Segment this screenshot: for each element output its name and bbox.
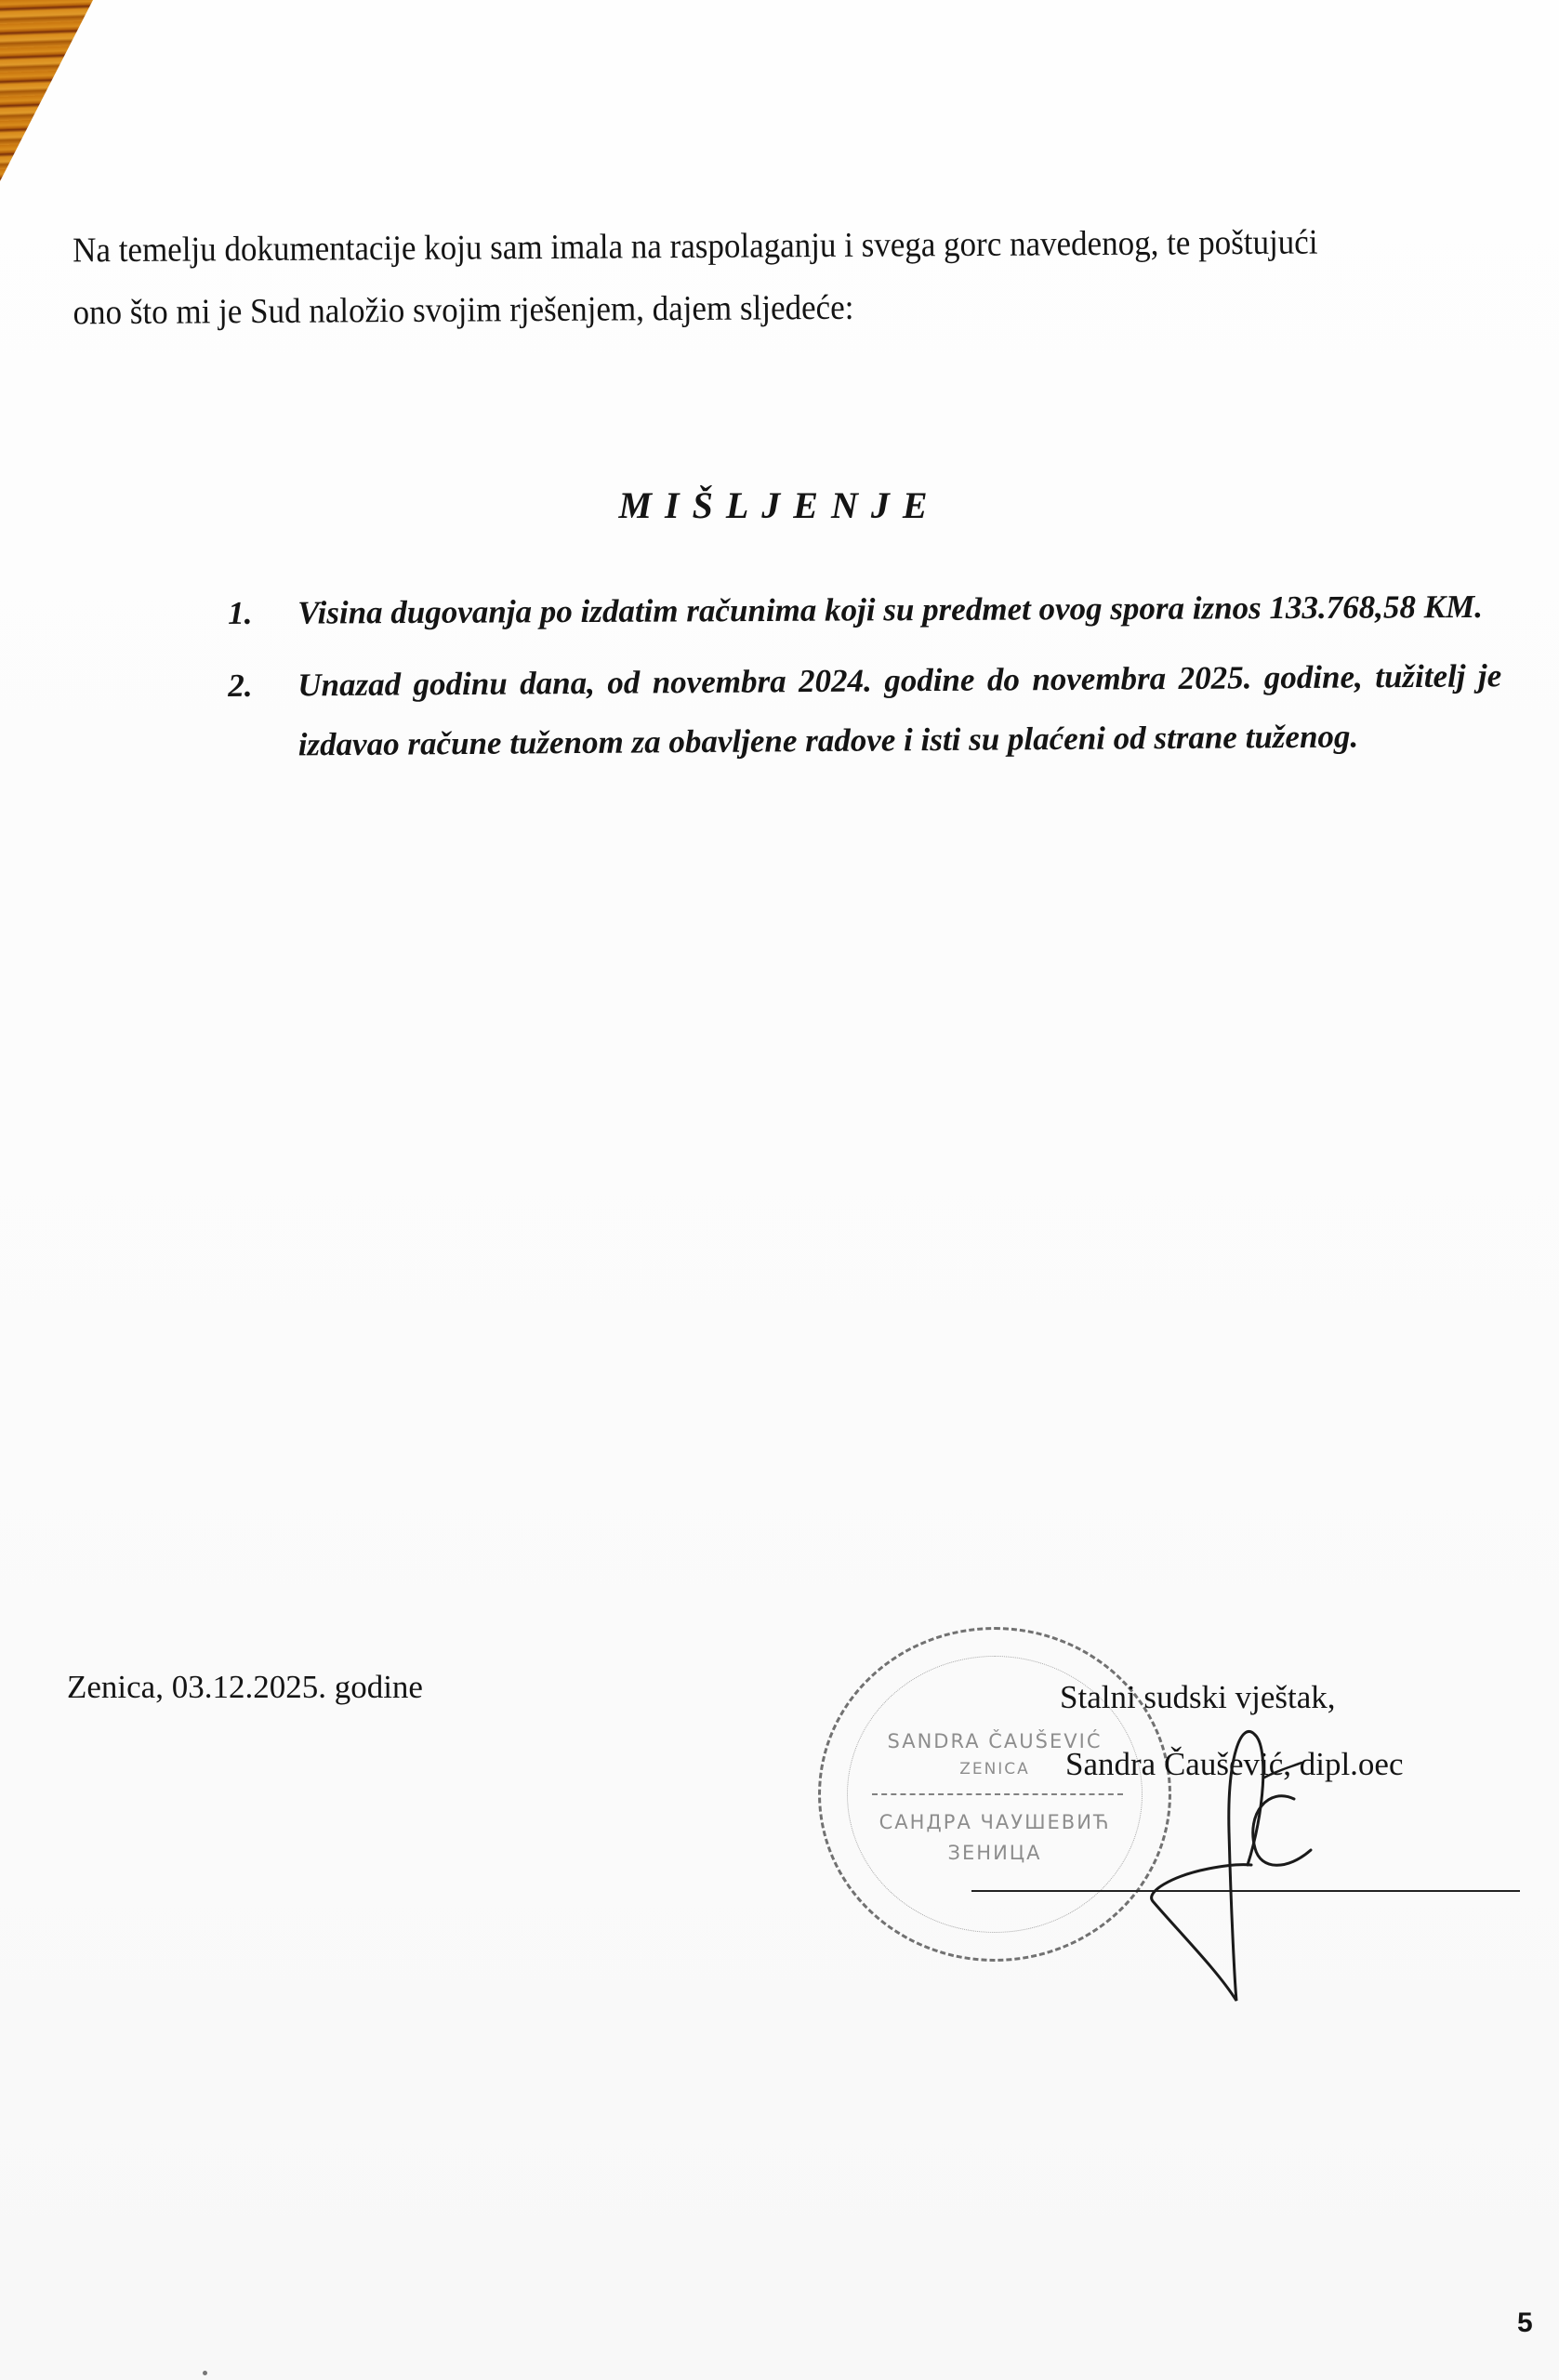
page-number: 5 <box>1517 2307 1533 2339</box>
place-and-date: Zenica, 03.12.2025. godine <box>67 1669 423 1706</box>
intro-paragraph: Na temelju dokumentacije koju sam imala … <box>73 210 1486 344</box>
intro-line-1: Na temelju dokumentacije koju sam imala … <box>73 210 1486 282</box>
opinion-item-number: 1. <box>228 584 253 643</box>
opinion-item: 2. Unazad godinu dana, od novembra 2024.… <box>228 646 1502 775</box>
opinion-list: 1. Visina dugovanja po izdatim računima … <box>228 584 1501 788</box>
intro-line-2: ono što mi je Sud naložio svojim rješenj… <box>73 272 1486 344</box>
opinion-item-number: 2. <box>228 656 253 716</box>
handwritten-signature-icon <box>1078 1701 1357 2008</box>
document-page: Na temelju dokumentacije koju sam imala … <box>0 0 1559 2380</box>
wooden-table-corner <box>0 0 102 186</box>
opinion-item-text: Visina dugovanja po izdatim računima koj… <box>297 588 1483 631</box>
opinion-title: MIŠLJENJE <box>0 483 1559 527</box>
opinion-item-text: Unazad godinu dana, od novembra 2024. go… <box>297 657 1501 762</box>
opinion-item: 1. Visina dugovanja po izdatim računima … <box>228 577 1501 643</box>
paper-speck <box>203 2371 207 2375</box>
